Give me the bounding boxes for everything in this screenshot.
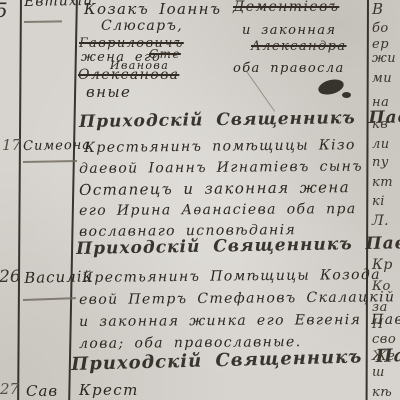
metric-book-scan: 5 17 26 27 Евтихій Симеона Василій Сав К… [0, 0, 400, 400]
record-line: и законная жинка его Евгенія Пав [79, 313, 400, 329]
record-line: и законная [242, 24, 336, 37]
day-number: 5 [0, 0, 8, 20]
record-line: оба правосла [233, 62, 345, 75]
name-underline [23, 297, 76, 301]
saint-name: Евтихій [24, 0, 93, 9]
day-number: 27 [0, 382, 19, 397]
name-underline [23, 160, 77, 163]
saint-name: Симеона [23, 139, 91, 153]
priest-signature: Приходскій Священникъ Павелъ [76, 235, 400, 258]
next-column-fragment: сво [372, 333, 396, 346]
next-column-fragment: Ко [372, 280, 391, 293]
column-rule-left [17, 0, 22, 400]
record-line: его Ирина Аѳанасіева оба пра [79, 202, 357, 218]
next-column-fragment: Н [372, 318, 384, 331]
record-word-struck: Олексанова [78, 68, 179, 82]
next-column-fragment: ли [372, 138, 390, 151]
record-line: Козакъ Іоаннъ [84, 2, 221, 17]
next-column-fragment: В [372, 2, 384, 17]
record-line: Слюсаръ, [101, 19, 183, 33]
next-column-fragment: Кр [372, 258, 393, 272]
next-column-fragment: кѣ [372, 386, 392, 399]
record-line: Крест [79, 383, 139, 398]
next-column-fragment: кі [372, 195, 385, 208]
ink-blot [342, 92, 351, 98]
next-column-fragment: Же [372, 350, 395, 363]
next-column-fragment: ми [372, 72, 392, 85]
day-number: 26 [0, 269, 21, 286]
record-word-struck: Дементіевъ [233, 0, 339, 14]
next-column-fragment: бо [372, 22, 389, 35]
next-column-fragment: ер [372, 38, 389, 51]
next-column-fragment: Л. [372, 214, 389, 228]
record-word-struck: Александра [251, 40, 347, 53]
next-column-fragment: за [372, 301, 388, 314]
column-rule-names [68, 0, 78, 400]
record-line: евой Петръ Стефановъ Скалацкій [79, 290, 395, 307]
next-column-fragment: на [372, 96, 389, 109]
column-rule-right [366, 0, 369, 400]
next-column-fragment: кв [372, 118, 388, 131]
record-line: Крестьянинъ помѣщицы Кізо [84, 138, 356, 155]
next-column-fragment: кт [372, 176, 393, 189]
record-line: даевой Іоаннъ Игнатіевъ сынъ [79, 160, 363, 176]
day-number: 17 [2, 138, 21, 153]
priest-signature: Приходскій Священникъ Павелъ [79, 109, 400, 131]
name-underline [24, 20, 62, 23]
next-column-fragment: пу [372, 156, 389, 169]
record-line: вные [86, 85, 131, 100]
pen-scratch [246, 70, 275, 112]
record-line: Остапецъ и законная жена [79, 180, 350, 198]
next-column-fragment: жи [372, 52, 396, 65]
record-line: Крестьянинъ Помѣщицы Козода [82, 268, 381, 285]
saint-name: Сав [26, 384, 58, 399]
next-column-fragment: ш [372, 366, 385, 379]
